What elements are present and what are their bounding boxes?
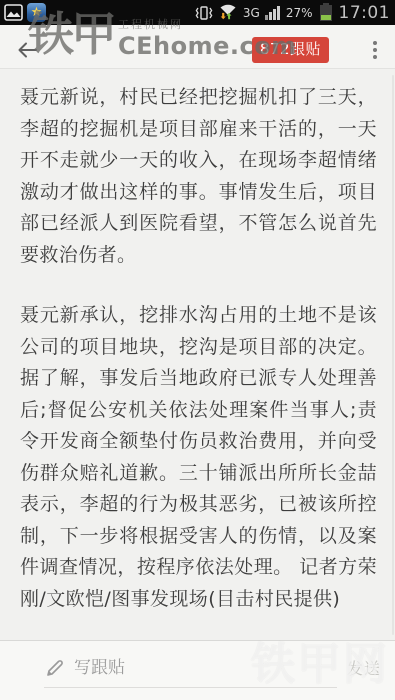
overflow-menu-button[interactable] (369, 37, 381, 63)
vibrate-icon (195, 5, 213, 21)
comment-bar: 发送 (0, 640, 395, 700)
wifi-data-icon (218, 4, 238, 22)
article-paragraph: 聂元新承认，挖排水沟占用的土地不是该公司的项目地块，挖沟是项目部的决定。据了解，… (20, 300, 377, 615)
send-button[interactable]: 发送 (347, 656, 381, 679)
starred-app-notification-icon: ★ (27, 3, 46, 22)
signal-strength-icon (265, 5, 281, 20)
back-button[interactable] (14, 37, 40, 63)
article-body: 聂元新说，村民已经把挖掘机扣了三天，李超的挖掘机是项目部雇来干活的，一天开不走就… (0, 69, 395, 640)
write-comment-input[interactable] (74, 658, 289, 678)
comments-count-badge[interactable]: 872跟贴 (252, 37, 329, 63)
input-underline (44, 687, 337, 688)
network-type-label: 3G (243, 6, 260, 20)
dot-icon (373, 41, 377, 45)
dot-icon (373, 55, 377, 59)
dot-icon (373, 48, 377, 52)
screenshot-notification-icon (4, 4, 23, 21)
header-bar: 872跟贴 (0, 25, 395, 69)
pencil-icon (46, 659, 64, 677)
article-paragraph: 聂元新说，村民已经把挖掘机扣了三天，李超的挖掘机是项目部雇来干活的，一天开不走就… (20, 82, 377, 271)
status-bar: ★ 3G 27% 17:01 (0, 0, 395, 25)
battery-percent-label: 27% (286, 6, 313, 20)
battery-icon (320, 5, 332, 21)
clock-label: 17:01 (339, 3, 391, 23)
back-arrow-icon (15, 40, 39, 60)
scrollbar[interactable] (392, 75, 394, 635)
